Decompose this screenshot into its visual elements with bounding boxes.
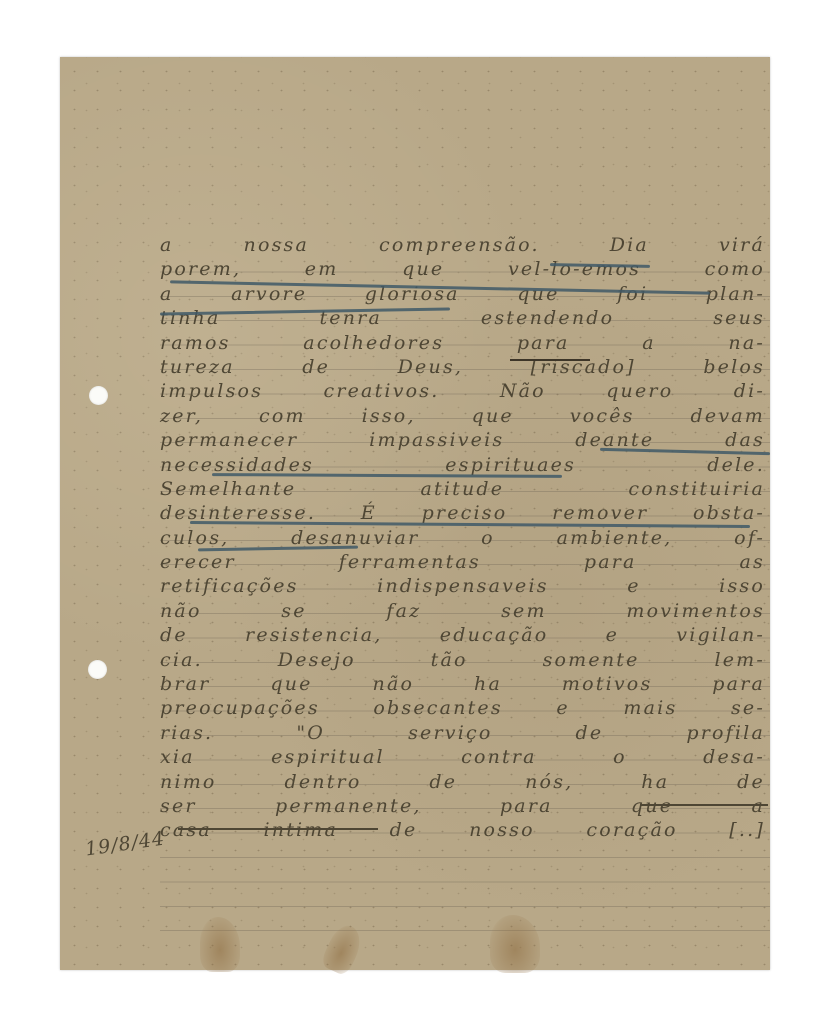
text-line: brar que não ha motivos para xyxy=(160,672,765,696)
text-line: cia. Desejo tão somente lem- xyxy=(160,648,765,672)
text-line: a nossa compreensão. Dia virá xyxy=(160,233,765,257)
pencil-underline-profila xyxy=(640,804,768,806)
handwritten-text: a nossa compreensão. Dia virá porem, em … xyxy=(160,233,765,843)
punch-hole-upper xyxy=(89,386,108,405)
text-line: zer, com isso, que vocês devam xyxy=(160,404,765,428)
strikethrough-word xyxy=(510,359,590,361)
punch-hole-lower xyxy=(88,660,107,679)
manuscript-page: 19/8/44 a nossa compreensão. Dia virá po… xyxy=(60,57,770,970)
text-line: ser permanente, para que a xyxy=(160,794,765,818)
text-line: culos, desanuviar o ambiente, of- xyxy=(160,526,765,550)
text-line: casa intima de nosso coração [..] xyxy=(160,818,765,842)
text-line: ramos acolhedores para a na- xyxy=(160,331,765,355)
text-line: preocupações obsecantes e mais se- xyxy=(160,696,765,720)
text-line: a arvore gloriosa que foi plan- xyxy=(160,282,765,306)
text-line: não se faz sem movimentos xyxy=(160,599,765,623)
text-line: tureza de Deus, [riscado] belos xyxy=(160,355,765,379)
text-line: impulsos creativos. Não quero di- xyxy=(160,379,765,403)
margin-date: 19/8/44 xyxy=(84,828,167,861)
text-line: tinha tenra estendendo seus xyxy=(160,306,765,330)
text-line: de resistencia, educação e vigilan- xyxy=(160,623,765,647)
text-line: xia espiritual contra o desa- xyxy=(160,745,765,769)
pencil-underline-xia-espiritual xyxy=(178,828,378,830)
text-line: nimo dentro de nós, ha de xyxy=(160,770,765,794)
text-line: retificações indispensaveis e isso xyxy=(160,574,765,598)
text-line: porem, em que vel-lo-emos como xyxy=(160,257,765,281)
text-line: rias. "O serviço de profila xyxy=(160,721,765,745)
text-line: Semelhante atitude constituiria xyxy=(160,477,765,501)
text-line: erecer ferramentas para as xyxy=(160,550,765,574)
